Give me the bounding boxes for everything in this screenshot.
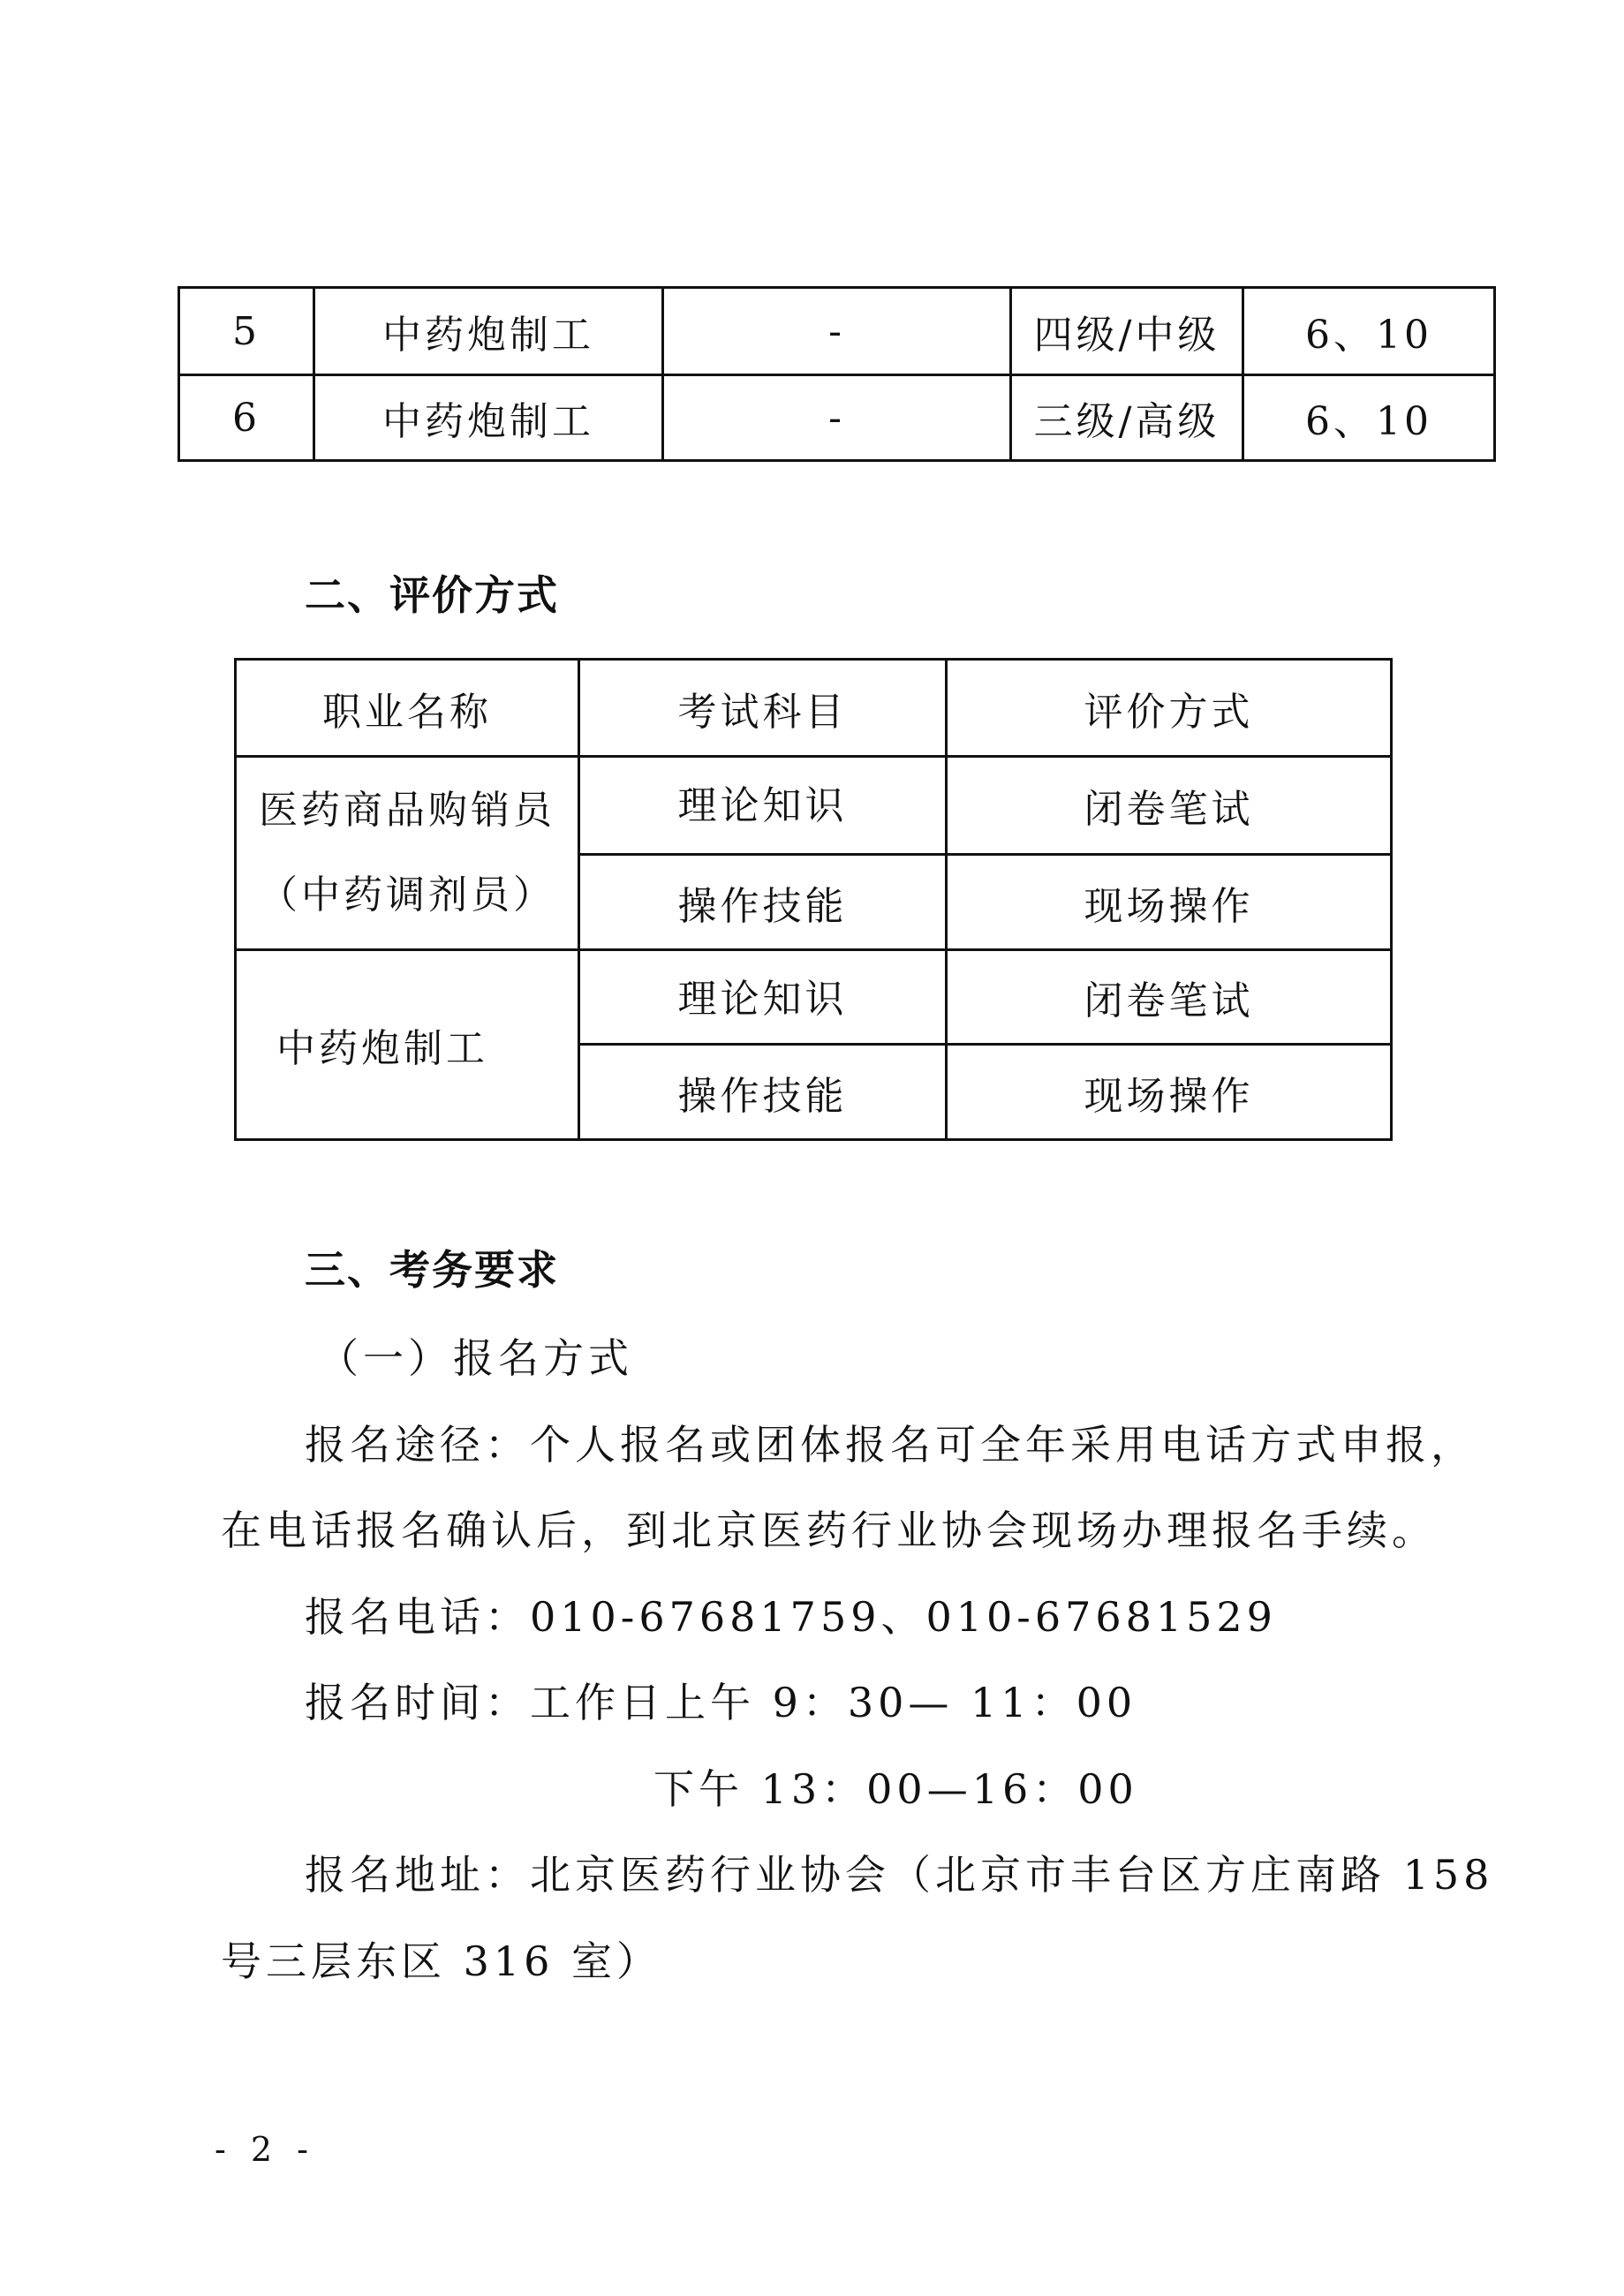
registration-route-line-1: 报名途径：个人报名或团体报名可全年采用电话方式申报， <box>305 1413 1476 1471</box>
registration-time-afternoon: 下午 13：00—16：00 <box>653 1757 1138 1816</box>
method: 现场操作 <box>947 1045 1392 1140</box>
header-subject: 考试科目 <box>579 660 947 757</box>
table-row: 6 中药炮制工 - 三级/高级 6、10 <box>179 375 1495 461</box>
method: 现场操作 <box>947 855 1392 950</box>
direction: - <box>663 375 1011 461</box>
occupation-line-1: 中药炮制工 <box>276 1016 578 1073</box>
table-row: 5 中药炮制工 - 四级/中级 6、10 <box>179 288 1495 375</box>
chapters: 6、10 <box>1243 375 1495 461</box>
subject: 操作技能 <box>579 1045 947 1140</box>
row-number: 5 <box>179 288 314 375</box>
registration-phone: 报名电话：010-67681759、010-67681529 <box>305 1585 1277 1643</box>
registration-address-line-2: 号三层东区 316 室） <box>221 1930 661 1988</box>
subsection-heading-registration: （一）报名方式 <box>318 1326 633 1385</box>
method: 闭卷笔试 <box>947 950 1392 1045</box>
occupation-name: 中药炮制工 <box>314 288 663 375</box>
occupation-cell: 中药炮制工 <box>236 950 579 1140</box>
occupation-cell: 医药商品购销员 （中药调剂员） <box>236 757 579 950</box>
level: 四级/中级 <box>1011 288 1243 375</box>
subject: 操作技能 <box>579 855 947 950</box>
chapters: 6、10 <box>1243 288 1495 375</box>
section-heading-evaluation: 二、评价方式 <box>305 563 559 622</box>
registration-time-morning: 报名时间：工作日上午 9：30— 11：00 <box>305 1671 1137 1729</box>
section-heading-exam-affairs: 三、考务要求 <box>305 1238 559 1296</box>
subject: 理论知识 <box>579 757 947 855</box>
table-row: 中药炮制工 理论知识 闭卷笔试 <box>236 950 1392 1045</box>
row-number: 6 <box>179 375 314 461</box>
page-number: - 2 - <box>215 2130 315 2169</box>
registration-address-line-1: 报名地址：北京医药行业协会（北京市丰台区方庄南路 158 <box>305 1843 1493 1901</box>
level: 三级/高级 <box>1011 375 1243 461</box>
registration-route-line-2: 在电话报名确认后，到北京医药行业协会现场办理报名手续。 <box>221 1499 1437 1557</box>
method: 闭卷笔试 <box>947 757 1392 855</box>
direction: - <box>663 288 1011 375</box>
occupation-level-table: 5 中药炮制工 - 四级/中级 6、10 6 中药炮制工 - 三级/高级 6、1… <box>178 286 1496 462</box>
occupation-line-2: （中药调剂员） <box>237 853 578 938</box>
evaluation-method-table: 职业名称 考试科目 评价方式 医药商品购销员 （中药调剂员） 理论知识 闭卷笔试… <box>234 658 1393 1141</box>
subject: 理论知识 <box>579 950 947 1045</box>
table-row: 医药商品购销员 （中药调剂员） 理论知识 闭卷笔试 <box>236 757 1392 855</box>
header-occupation: 职业名称 <box>236 660 579 757</box>
table-header-row: 职业名称 考试科目 评价方式 <box>236 660 1392 757</box>
header-method: 评价方式 <box>947 660 1392 757</box>
occupation-name: 中药炮制工 <box>314 375 663 461</box>
occupation-line-1: 医药商品购销员 <box>237 768 578 853</box>
